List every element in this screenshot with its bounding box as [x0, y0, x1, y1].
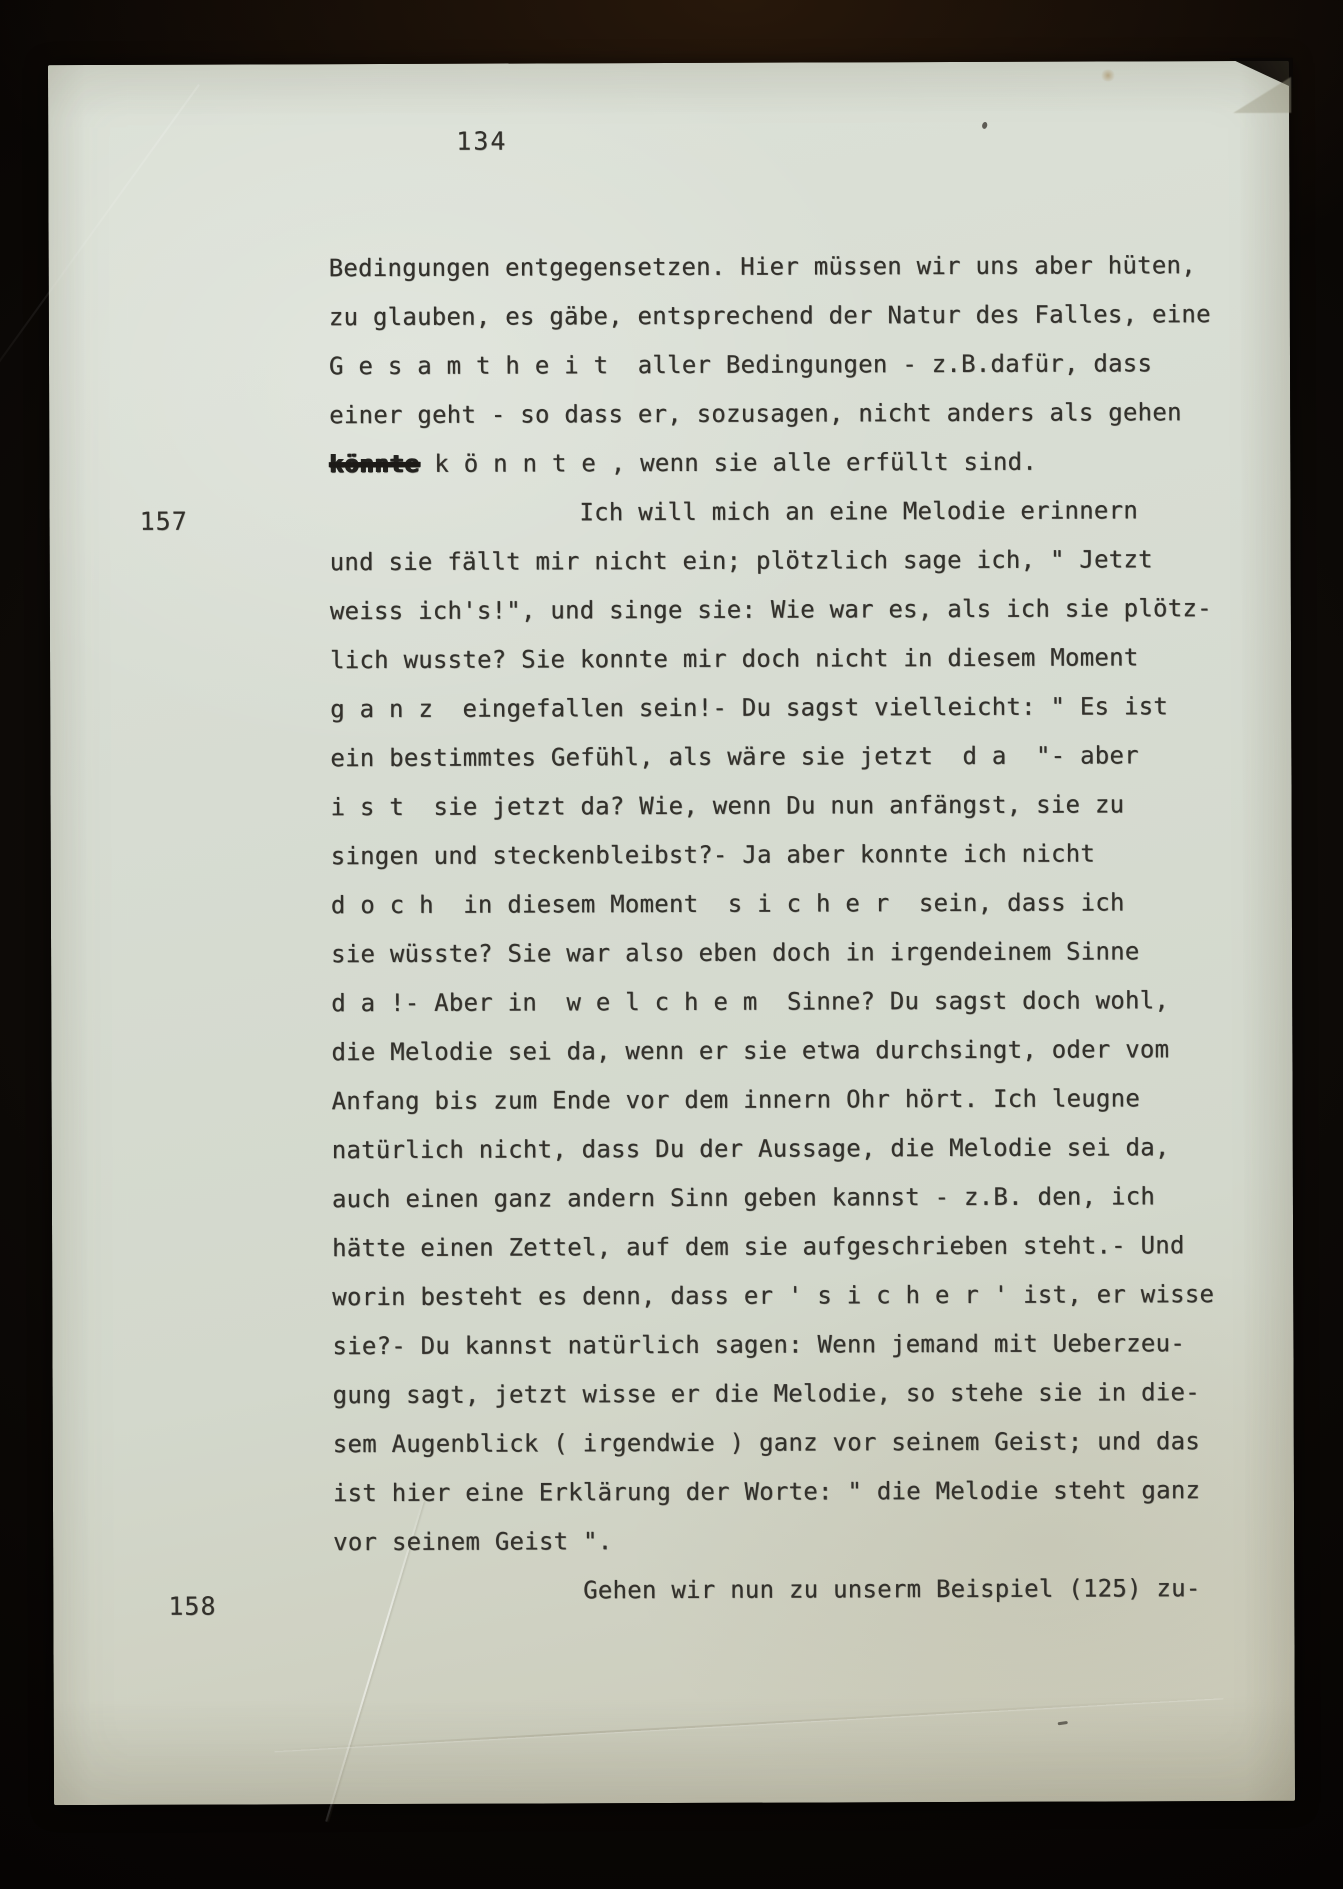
ink-speck	[981, 121, 988, 129]
typescript-line: hätte einen Zettel, auf dem sie aufgesch…	[332, 1221, 1282, 1273]
paper-crease-top-left	[0, 84, 200, 434]
margin-section-number-158: 158	[168, 1582, 216, 1631]
line-text: k ö n n t e , wenn sie alle erfüllt sind…	[420, 448, 1037, 478]
typescript-line: g a n z eingefallen sein!- Du sagst viel…	[330, 682, 1280, 734]
ink-speck	[1058, 1721, 1068, 1725]
typescript-line: zu glauben, es gäbe, entsprechend der Na…	[329, 290, 1279, 342]
typescript-line: vor seinem Geist ".	[333, 1515, 1283, 1567]
typescript-line: Gehen wir nun zu unserm Beispiel (125) z…	[333, 1564, 1283, 1616]
typescript-line: sie?- Du kannst natürlich sagen: Wenn je…	[332, 1319, 1282, 1371]
typescript-line: einer geht - so dass er, sozusagen, nich…	[329, 388, 1279, 440]
typescript-line: Bedingungen entgegensetzen. Hier müssen …	[329, 241, 1279, 293]
folded-corner	[1233, 77, 1291, 113]
typescript-line: lich wusste? Sie konnte mir doch nicht i…	[330, 633, 1280, 685]
typescript-line: d a !- Aber in w e l c h e m Sinne? Du s…	[331, 976, 1281, 1028]
typescript-line: sem Augenblick ( irgendwie ) ganz vor se…	[333, 1417, 1283, 1469]
overtyped-struck-word: könnte	[329, 450, 419, 478]
typescript-line: d o c h in diesem Moment s i c h e r sei…	[331, 878, 1281, 930]
typescript-line-with-correction: könnte k ö n n t e , wenn sie alle erfül…	[329, 437, 1279, 489]
typescript-line: die Melodie sei da, wenn er sie etwa dur…	[331, 1025, 1281, 1077]
typescript-line: natürlich nicht, dass Du der Aussage, di…	[332, 1123, 1282, 1175]
paper-stain	[1100, 69, 1116, 81]
typescript-line: ein bestimmtes Gefühl, als wäre sie jetz…	[330, 731, 1280, 783]
typescript-line: sie wüsste? Sie war also eben doch in ir…	[331, 927, 1281, 979]
typescript-line: G e s a m t h e i t aller Bedingungen - …	[329, 339, 1279, 391]
typescript-line: worin besteht es denn, dass er ' s i c h…	[332, 1270, 1282, 1322]
typescript-line: auch einen ganz andern Sinn geben kannst…	[332, 1172, 1282, 1224]
typescript-line: Anfang bis zum Ende vor dem innern Ohr h…	[332, 1074, 1282, 1126]
typescript-line: ist hier eine Erklärung der Worte: " die…	[333, 1466, 1283, 1518]
typescript-line: weiss ich's!", und singe sie: Wie war es…	[330, 584, 1280, 636]
margin-section-number-157: 157	[139, 497, 187, 546]
page-number: 134	[456, 116, 546, 165]
typescript-line: gung sagt, jetzt wisse er die Melodie, s…	[333, 1368, 1283, 1420]
typescript-line: und sie fällt mir nicht ein; plötzlich s…	[330, 535, 1280, 587]
typescript-page: 134 157 158 Bedingungen entgegensetzen. …	[48, 61, 1295, 1805]
typescript-text-block: Bedingungen entgegensetzen. Hier müssen …	[329, 241, 1284, 1616]
typescript-line: singen und steckenbleibst?- Ja aber konn…	[331, 829, 1281, 881]
typescript-line: i s t sie jetzt da? Wie, wenn Du nun anf…	[330, 780, 1280, 832]
photo-background: 134 157 158 Bedingungen entgegensetzen. …	[0, 0, 1343, 1889]
paper-crease-bottom	[274, 1696, 1223, 1751]
typescript-line: Ich will mich an eine Melodie erinnern	[329, 486, 1279, 538]
